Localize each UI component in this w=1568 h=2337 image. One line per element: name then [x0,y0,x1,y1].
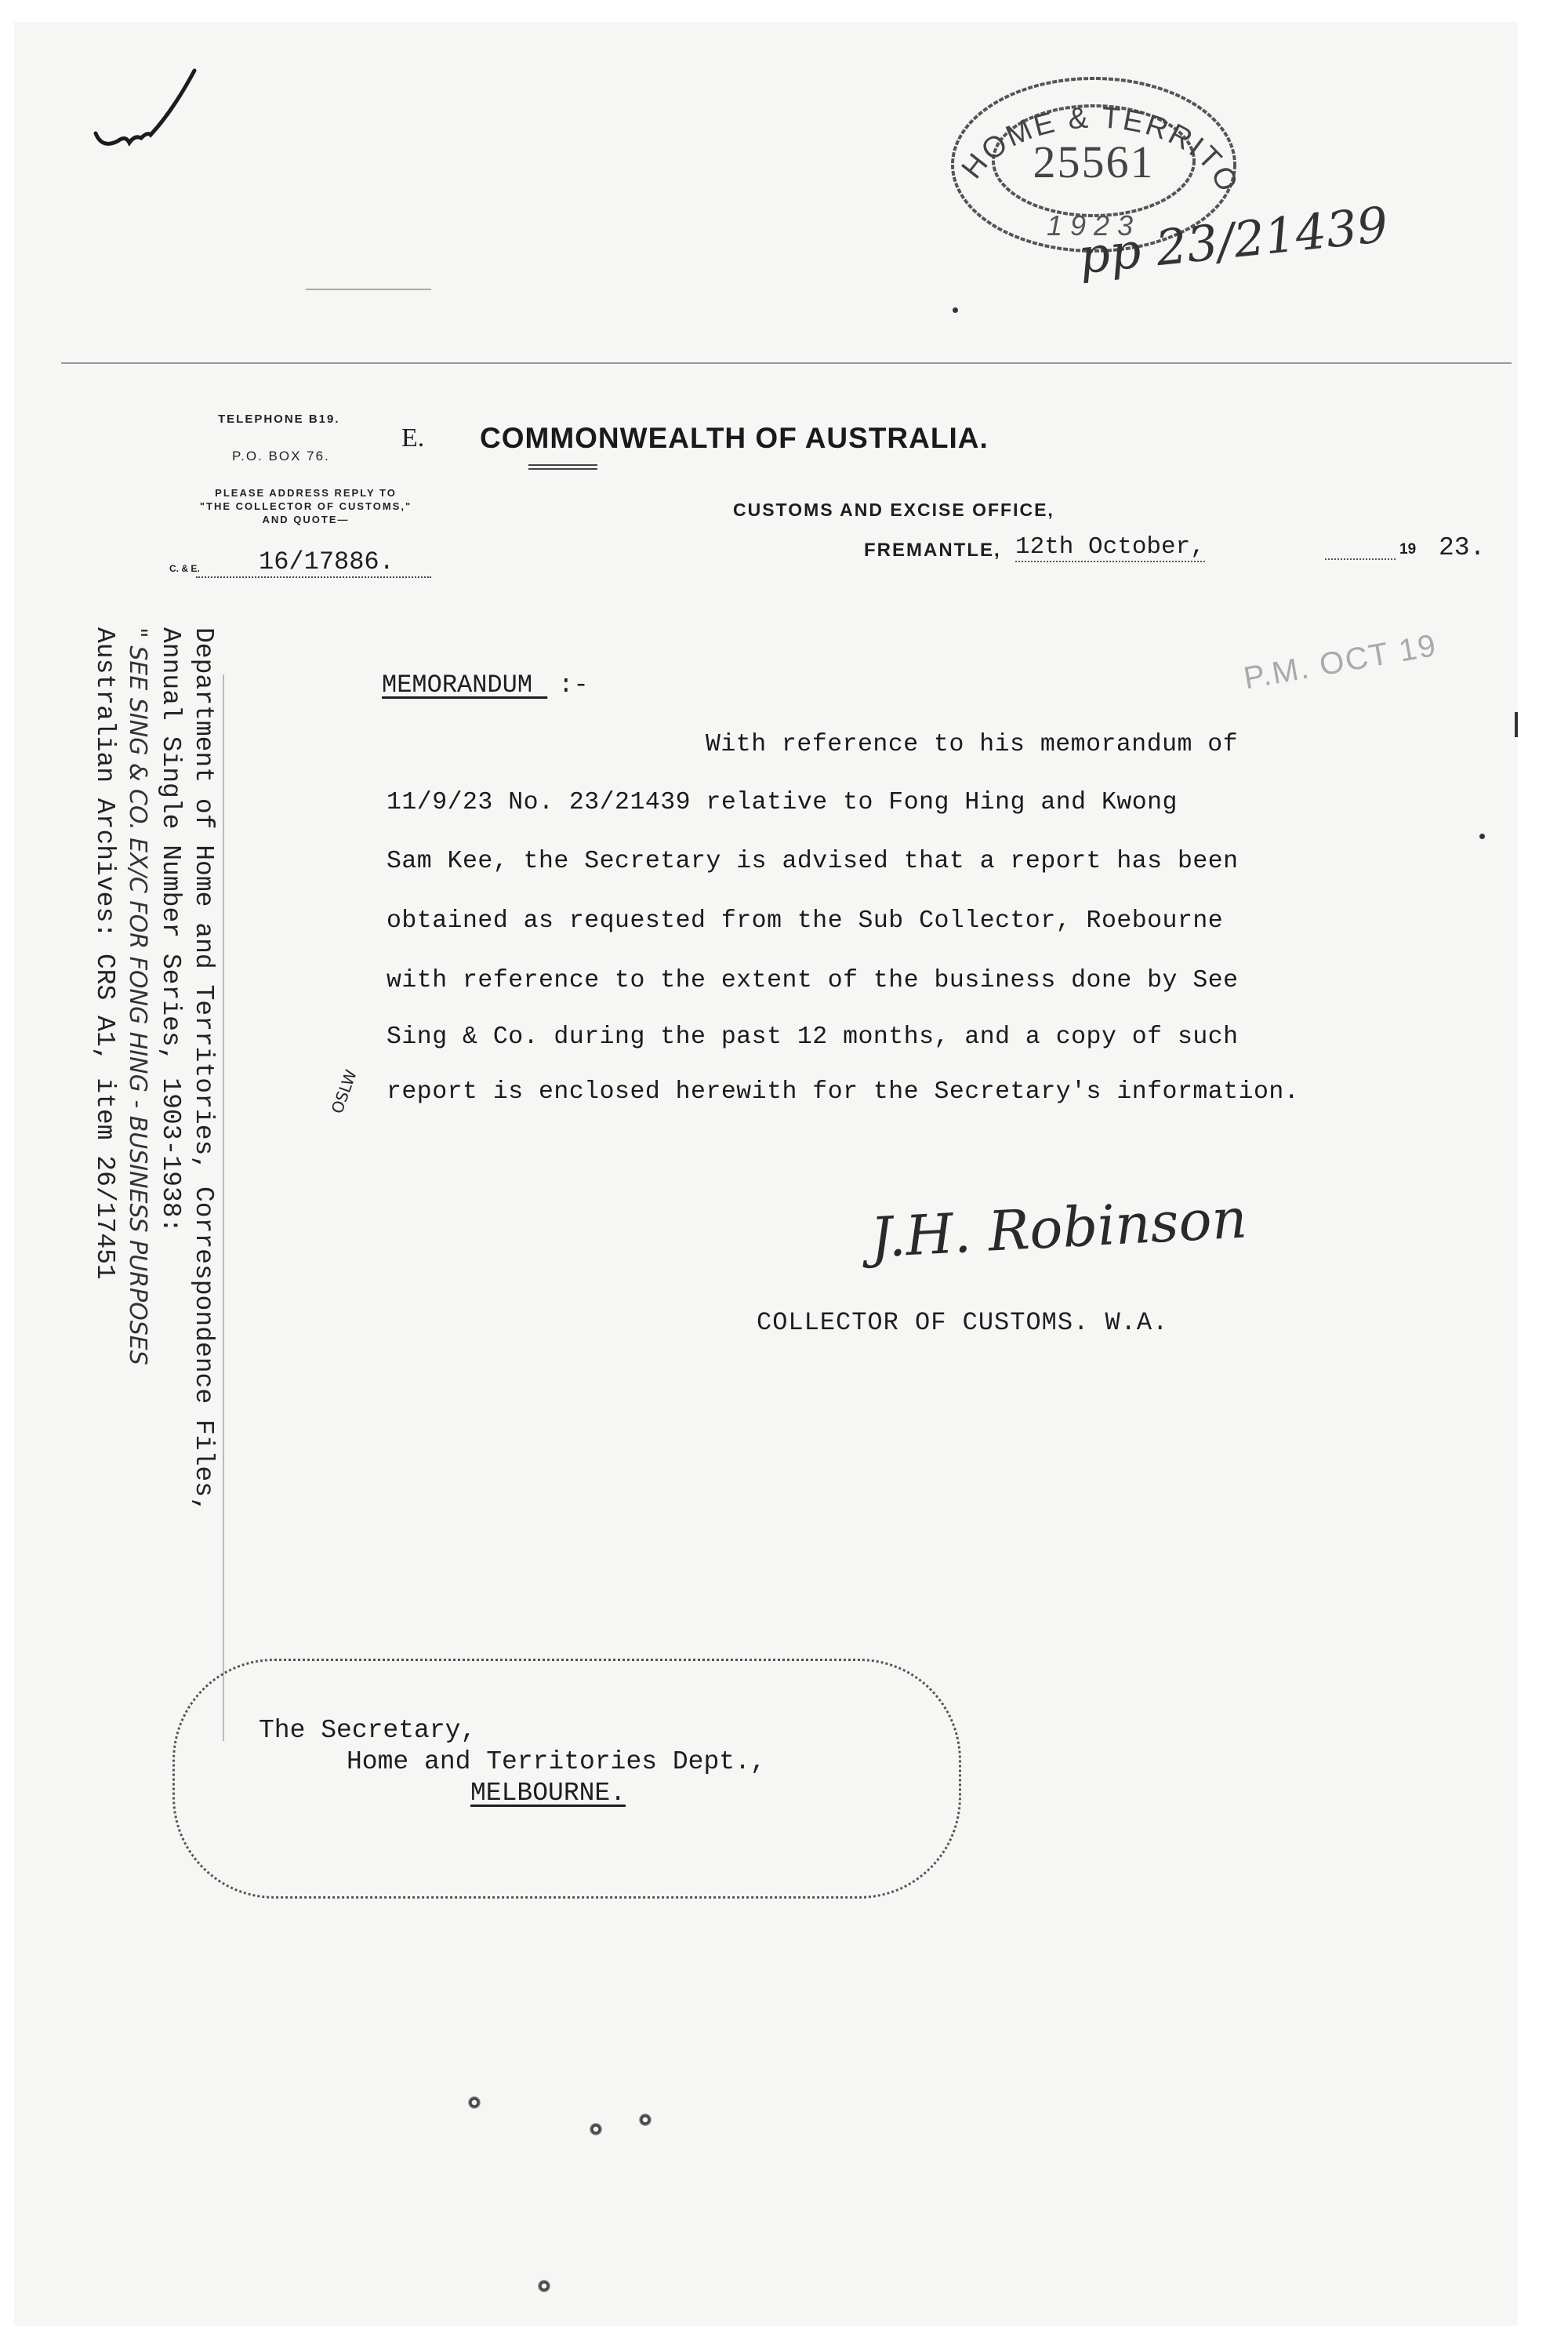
stamp-number: 25561 [949,136,1239,188]
reference-label: C. & E. [169,563,200,574]
year: 23. [1439,533,1485,562]
memo-line: Sing & Co. during the past 12 months, an… [387,1023,1239,1051]
place: FREMANTLE, [864,540,1001,562]
signatory-title: COLLECTOR OF CUSTOMS. W.A. [757,1308,1168,1337]
telephone: TELEPHONE B19. [218,413,340,426]
top-rule [61,362,1512,364]
edge-mark [1515,712,1518,737]
faint-mark [306,289,431,290]
address-line-1: The Secretary, [259,1716,476,1745]
punch-hole [590,2123,602,2135]
speck [953,307,958,313]
reply-instruction: PLEASE ADDRESS REPLY TO "THE COLLECTOR O… [172,486,439,526]
letter-code: E. [401,423,424,453]
memo-line: Sam Kee, the Secretary is advised that a… [387,848,1239,875]
memo-line: with reference to the extent of the busi… [387,967,1239,994]
margin-rule [223,674,224,1741]
reference-number: 16/17886. [259,547,394,576]
date-dotted-line [1325,558,1396,560]
document-page [14,22,1518,2326]
address-line-3: MELBOURNE. [470,1779,626,1808]
punch-hole [468,2096,481,2109]
punch-hole [538,2280,550,2292]
speck [1479,834,1485,839]
date: 12th October, [1015,533,1205,562]
reference-dotted-line [196,576,431,578]
archive-annotation: Department of Home and Territories, Corr… [88,627,220,1513]
year-prefix: 19 [1399,541,1416,558]
address-line-2: Home and Territories Dept., [347,1747,766,1776]
check-mark-icon [86,56,212,151]
punch-hole [639,2113,652,2126]
po-box: P.O. BOX 76. [232,449,330,464]
memo-heading: MEMORANDUM :- [382,671,589,700]
title-double-rule [528,464,597,470]
memo-line: 11/9/23 No. 23/21439 relative to Fong Hi… [387,789,1178,816]
memo-line: With reference to his memorandum of [706,731,1238,758]
memo-line: report is enclosed herewith for the Secr… [387,1078,1299,1106]
letterhead-title: COMMONWEALTH OF AUSTRALIA. [480,422,989,455]
memo-line: obtained as requested from the Sub Colle… [387,907,1223,935]
office-name: CUSTOMS AND EXCISE OFFICE, [733,500,1054,521]
